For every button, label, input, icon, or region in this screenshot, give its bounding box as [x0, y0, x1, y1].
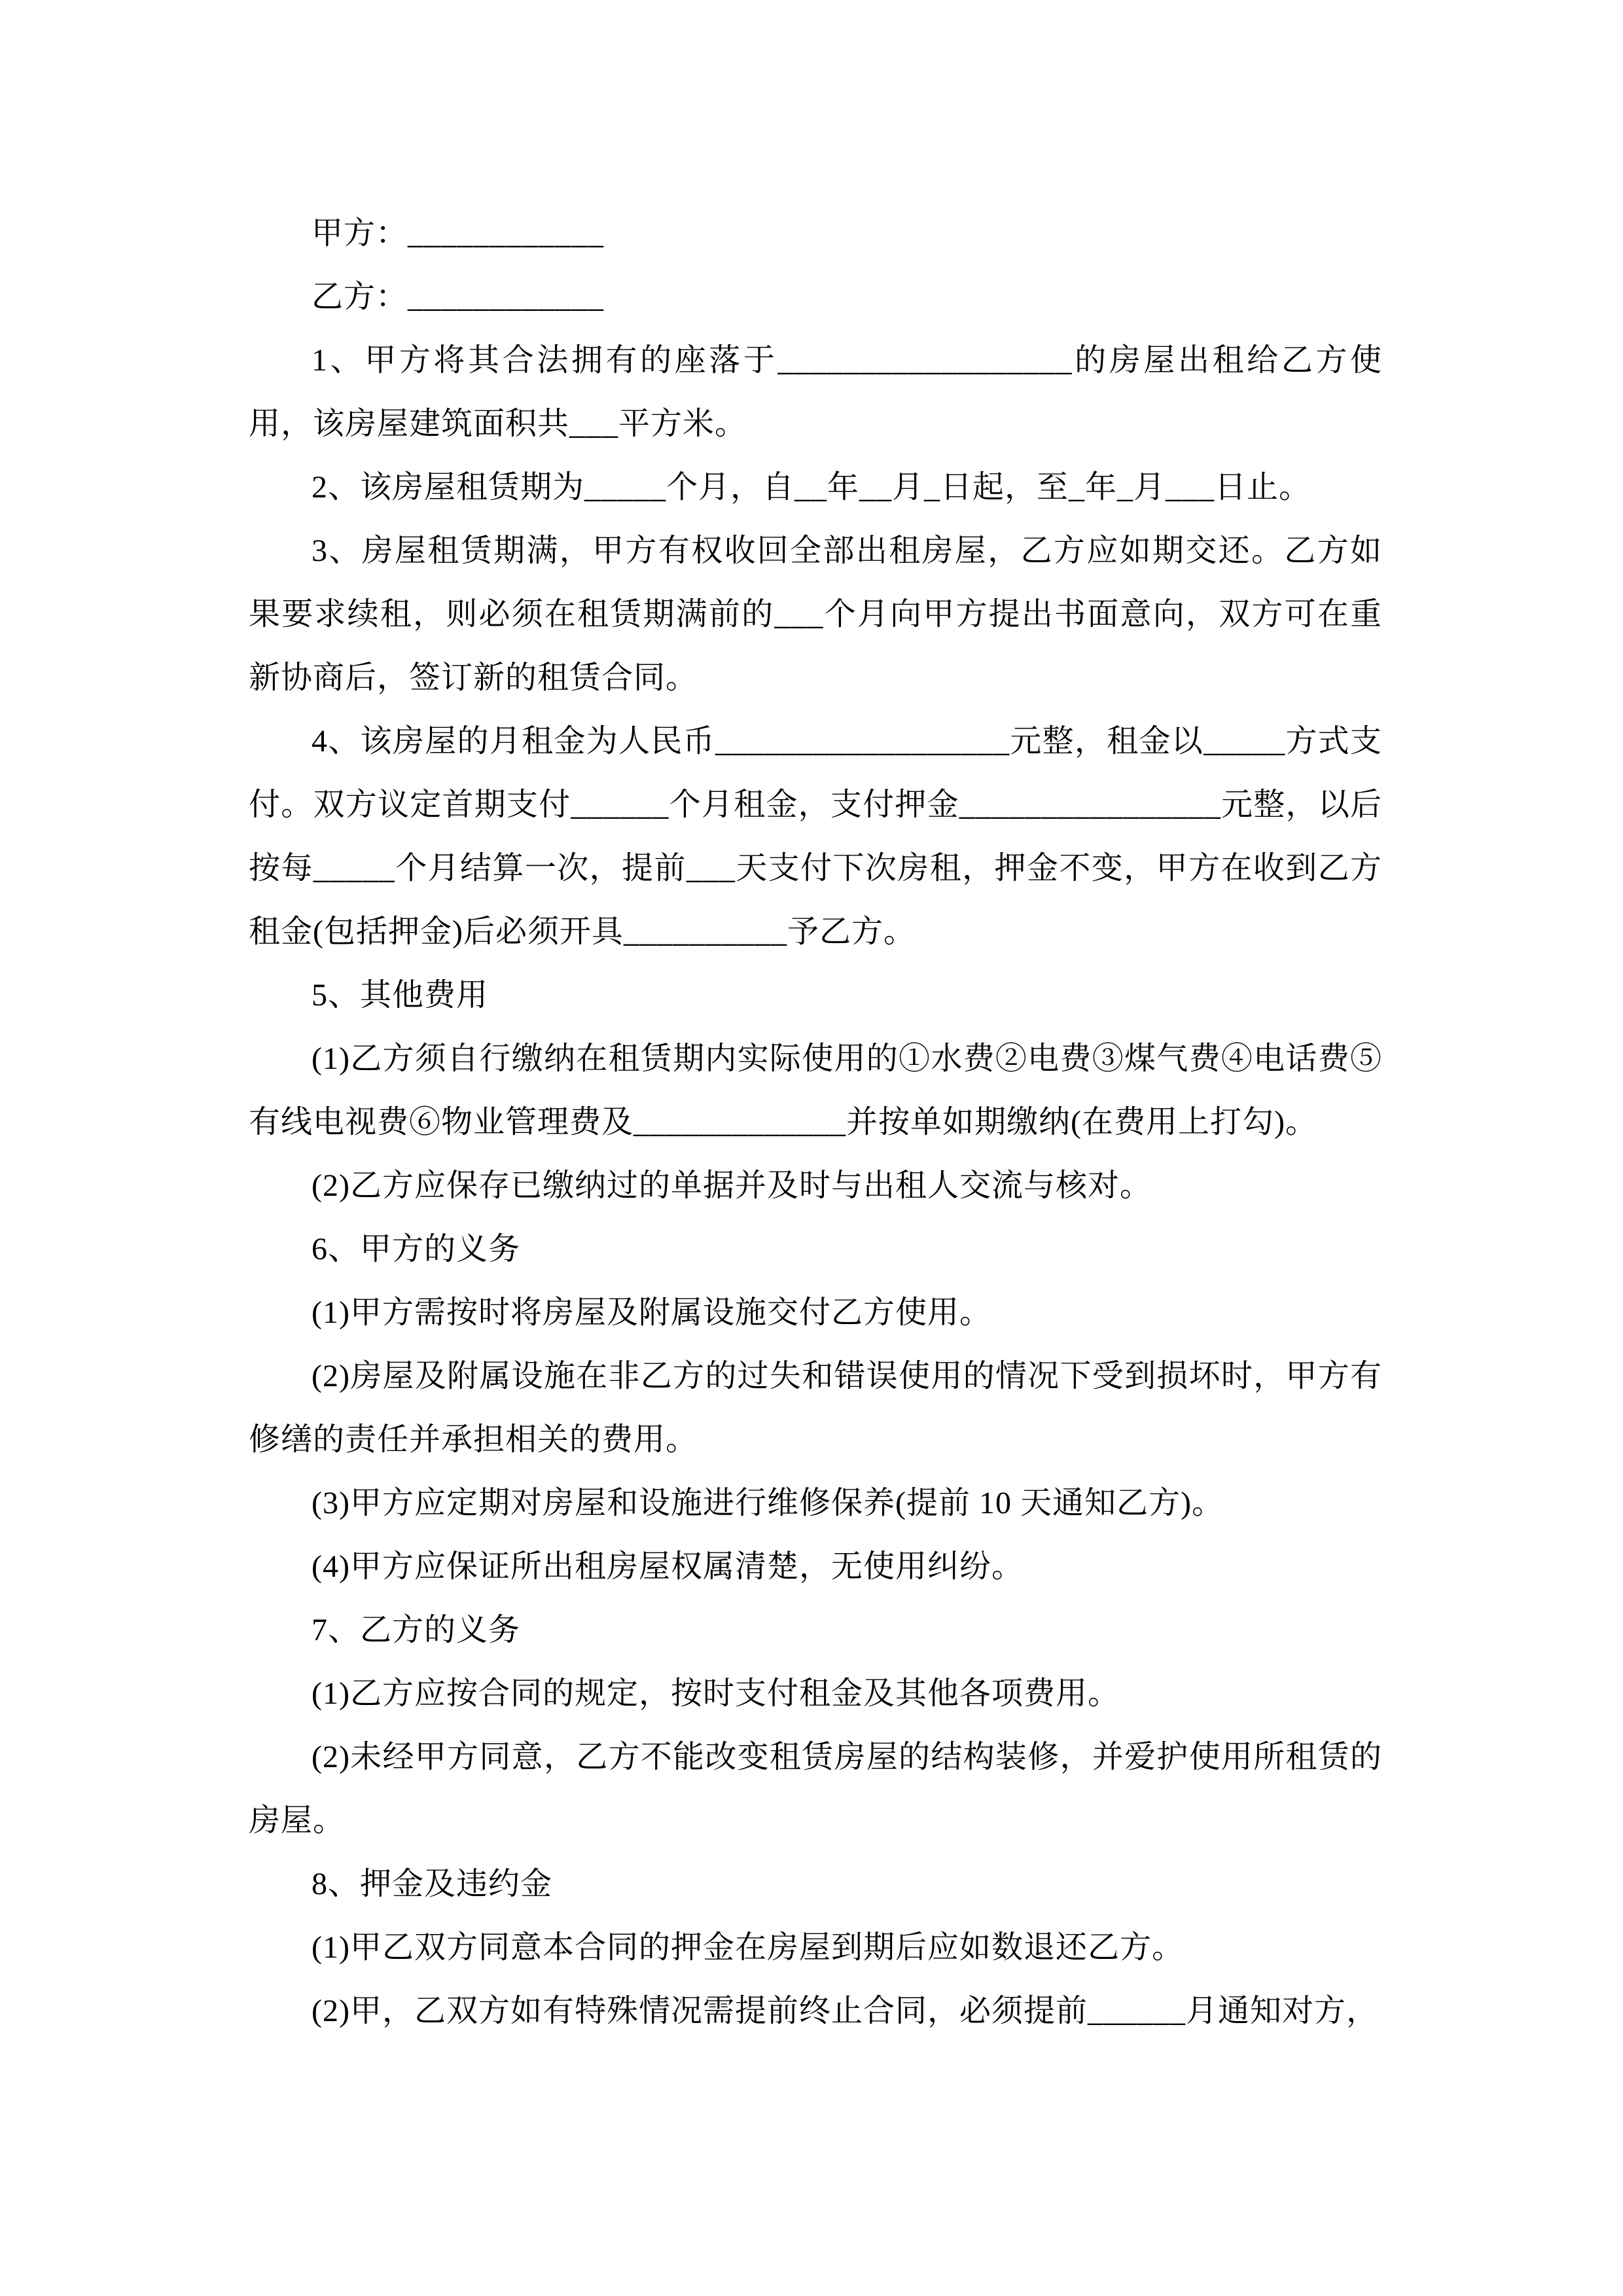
clause-6-item-1: (1)甲方需按时将房屋及附属设施交付乙方使用。	[249, 1281, 1382, 1344]
clause-2: 2、该房屋租赁期为_____个月，自__年__月_日起，至_年_月___日止。	[249, 456, 1382, 519]
clause-6-heading: 6、甲方的义务	[249, 1217, 1382, 1281]
clause-7-item-2: (2)未经甲方同意，乙方不能改变租赁房屋的结构装修，并爱护使用所租赁的房屋。	[249, 1725, 1382, 1852]
clause-5-item-1: (1)乙方须自行缴纳在租赁期内实际使用的①水费②电费③煤气费④电话费⑤有线电视费…	[249, 1027, 1382, 1154]
clause-6-item-2: (2)房屋及附属设施在非乙方的过失和错误使用的情况下受到损坏时，甲方有修缮的责任…	[249, 1344, 1382, 1471]
clause-8-item-1: (1)甲乙双方同意本合同的押金在房屋到期后应如数退还乙方。	[249, 1916, 1382, 1979]
clause-6-item-3: (3)甲方应定期对房屋和设施进行维修保养(提前 10 天通知乙方)。	[249, 1471, 1382, 1535]
clause-5-item-2: (2)乙方应保存已缴纳过的单据并及时与出租人交流与核对。	[249, 1154, 1382, 1217]
clause-3: 3、房屋租赁期满，甲方有权收回全部出租房屋，乙方应如期交还。乙方如果要求续租，则…	[249, 519, 1382, 709]
contract-page: 甲方：____________ 乙方：____________ 1、甲方将其合法…	[0, 0, 1623, 2296]
party-a-line: 甲方：____________	[249, 202, 1382, 265]
clause-8-item-2: (2)甲，乙双方如有特殊情况需提前终止合同，必须提前______月通知对方，	[249, 1979, 1382, 2043]
clause-8-heading: 8、押金及违约金	[249, 1852, 1382, 1916]
clause-7-heading: 7、乙方的义务	[249, 1598, 1382, 1662]
document-body: 甲方：____________ 乙方：____________ 1、甲方将其合法…	[249, 202, 1382, 2043]
clause-7-item-1: (1)乙方应按合同的规定，按时支付租金及其他各项费用。	[249, 1662, 1382, 1725]
clause-4: 4、该房屋的月租金为人民币__________________元整，租金以___…	[249, 709, 1382, 963]
clause-5-heading: 5、其他费用	[249, 963, 1382, 1027]
party-b-line: 乙方：____________	[249, 265, 1382, 329]
clause-1: 1、甲方将其合法拥有的座落于__________________的房屋出租给乙方…	[249, 329, 1382, 456]
clause-6-item-4: (4)甲方应保证所出租房屋权属清楚，无使用纠纷。	[249, 1535, 1382, 1598]
